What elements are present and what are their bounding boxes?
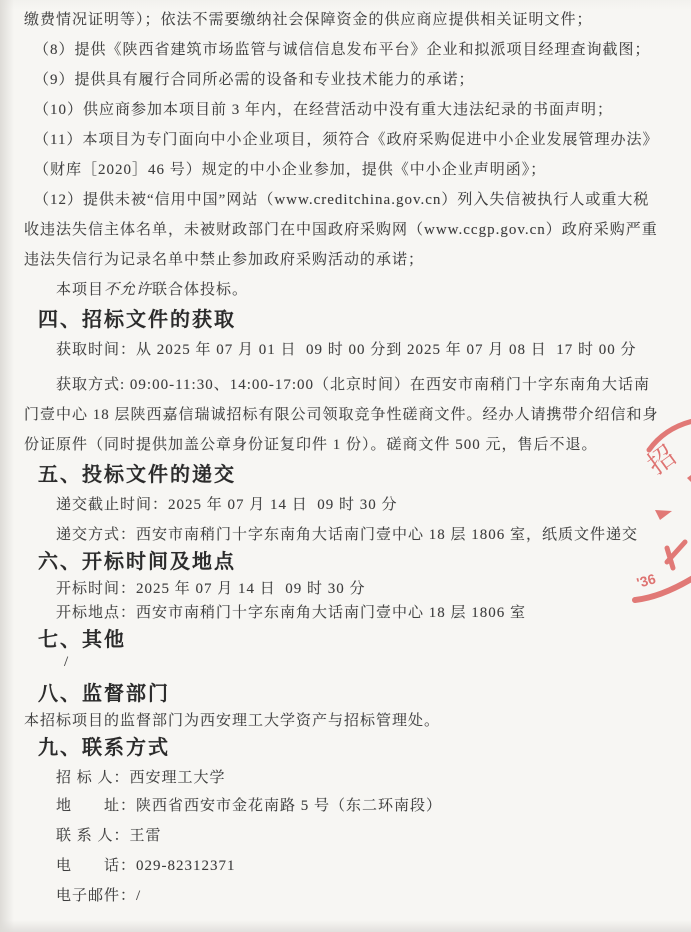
line-contact-phone: 电 话：029-82312371 xyxy=(56,851,691,881)
list-item-11-cont: （财库［2020］46 号）规定的中小企业参加，提供《中小企业声明函》； xyxy=(34,155,691,185)
line-contact-person: 联 系 人：王雷 xyxy=(56,821,691,851)
line-acquire-time: 获取时间：从 2025 年 07 月 01 日 09 时 00 分到 2025 … xyxy=(56,335,691,365)
list-item-12-cont-2: 违法失信行为记录名单中禁止参加政府采购活动的承诺； xyxy=(24,245,691,275)
list-item-8: （8）提供《陕西省建筑市场监管与诚信信息发布平台》企业和拟派项目经理查询截图； xyxy=(34,35,691,65)
scanned-document-page: 缴费情况证明等）；依法不需要缴纳社会保障资金的供应商应提供相关证明文件； （8）… xyxy=(0,0,691,932)
no-consortium-emphasis: 不允许 xyxy=(104,282,152,298)
line-acquire-method: 获取方式: 09:00-11:30、14:00-17:00（北京时间）在西安市南… xyxy=(56,370,691,400)
heading-contact: 九、联系方式 xyxy=(38,733,691,763)
line-social-security-tail: 缴费情况证明等）；依法不需要缴纳社会保障资金的供应商应提供相关证明文件； xyxy=(24,5,691,35)
line-contact-address: 地 址：陕西省西安市金花南路 5 号（东二环南段） xyxy=(56,791,691,821)
list-item-9: （9）提供具有履行合同所必需的设备和专业技术能力的承诺； xyxy=(34,65,691,95)
list-item-12: （12）提供未被“信用中国”网站（www.creditchina.gov.cn）… xyxy=(34,185,691,215)
line-supervision-body: 本招标项目的监督部门为西安理工大学资产与招标管理处。 xyxy=(24,706,691,736)
line-acquire-method-cont-2: 份证原件（同时提供加盖公章身份证复印件 1 份）。磋商文件 500 元，售后不退… xyxy=(24,430,691,460)
heading-doc-acquisition: 四、招标文件的获取 xyxy=(38,305,691,335)
list-item-11: （11）本项目为专门面向中小企业项目，须符合《政府采购促进中小企业发展管理办法》 xyxy=(34,125,691,155)
line-submission-deadline: 递交截止时间：2025 年 07 月 14 日 09 时 30 分 xyxy=(56,490,691,520)
heading-supervision: 八、监督部门 xyxy=(38,679,691,709)
heading-bid-submission: 五、投标文件的递交 xyxy=(38,460,691,490)
line-others-value: / xyxy=(64,647,691,677)
list-item-10: （10）供应商参加本项目前 3 年内，在经营活动中没有重大违法纪录的书面声明； xyxy=(34,95,691,125)
list-item-12-cont-1: 收违法失信主体名单，未被财政部门在中国政府采购网（www.ccgp.gov.cn… xyxy=(24,215,691,245)
line-acquire-method-cont-1: 门壹中心 18 层陕西嘉信瑞诚招标有限公司领取竞争性磋商文件。经办人请携带介绍信… xyxy=(24,400,691,430)
line-contact-bidder: 招 标 人：西安理工大学 xyxy=(56,763,691,793)
line-submission-method: 递交方式：西安市南稍门十字东南角大话南门壹中心 18 层 1806 室，纸质文件… xyxy=(56,520,691,550)
no-consortium-pre: 本项目 xyxy=(56,282,104,298)
line-contact-email: 电子邮件：/ xyxy=(56,881,691,911)
no-consortium-line: 本项目不允许联合体投标。 xyxy=(56,275,691,305)
heading-bid-opening: 六、开标时间及地点 xyxy=(38,547,691,577)
no-consortium-post: 联合体投标。 xyxy=(152,282,248,298)
line-opening-place: 开标地点：西安市南稍门十字东南角大话南门壹中心 18 层 1806 室 xyxy=(56,598,691,628)
